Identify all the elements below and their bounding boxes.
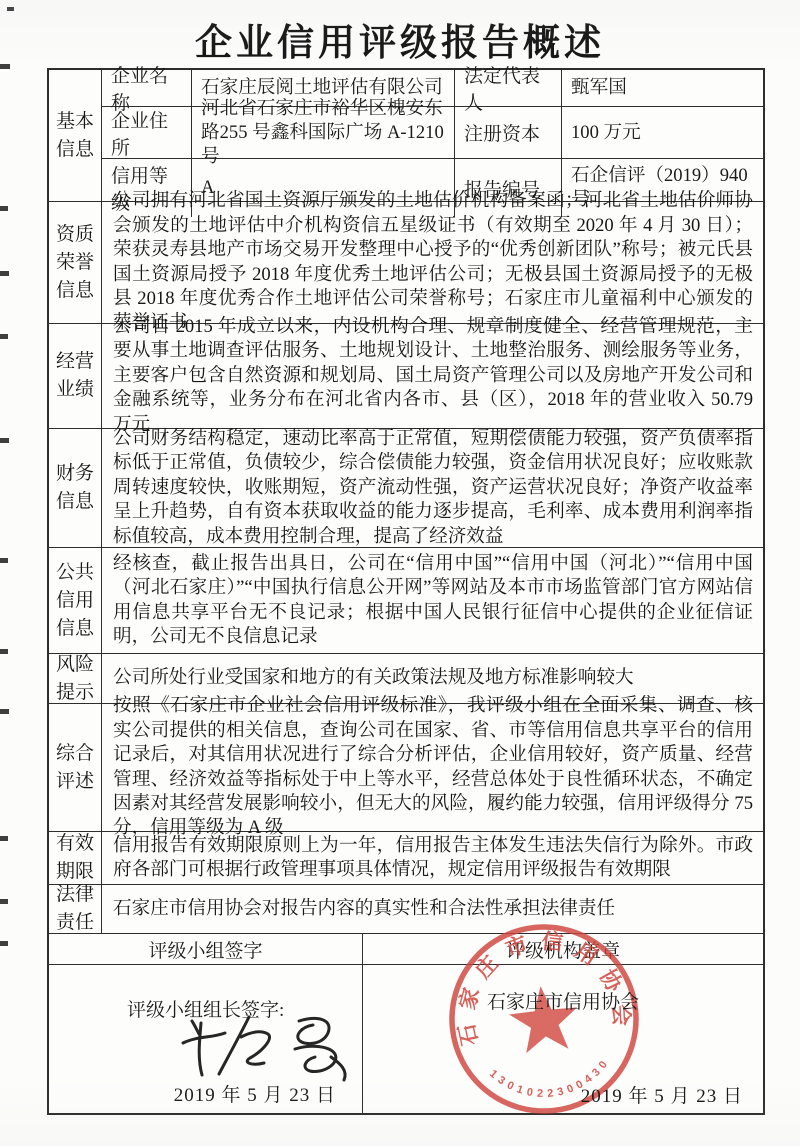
signature-team-header: 评级小组签字 xyxy=(49,934,363,964)
section-label: 经营业绩 xyxy=(49,324,102,428)
section-label: 有效期限 xyxy=(49,832,102,884)
section-public-credit-info: 公共信用信息 经核查，截止报告出具日，公司在“信用中国”“信用中国（河北）”“信… xyxy=(49,548,763,654)
section-content: 信用报告有效期限原则上为一年，信用报告主体发生违法失信行为除外。市政府各部门可根… xyxy=(113,834,753,883)
scan-artifact xyxy=(0,558,8,563)
section-label: 风险提示 xyxy=(49,654,102,703)
section-validity-period: 有效期限 信用报告有效期限原则上为一年，信用报告主体发生违法失信行为除外。市政府… xyxy=(49,832,763,885)
field-value-registered-capital: 100 万元 xyxy=(562,107,763,158)
field-label-legal-rep: 法定代表人 xyxy=(455,70,562,106)
field-label-company-name: 企业名称 xyxy=(102,70,192,106)
section-content: 公司自 2015 年成立以来，内设机构合理、规章制度健全、经营管理规范，主要从事… xyxy=(113,315,753,437)
section-label: 财务信息 xyxy=(49,429,102,547)
section-label-basic-info: 基本信息 xyxy=(49,70,102,201)
scan-artifact xyxy=(0,836,8,841)
table-row: 企业住所 河北省石家庄市裕华区槐安东路255 号鑫科国际广场 A-1210 号 … xyxy=(102,107,763,159)
credit-rating-report-page: 企业信用评级报告概述 基本信息 企业名称 石家庄辰阅土地评估有限公司 法定代表人… xyxy=(0,0,800,1146)
section-qualifications: 资质荣誉信息 公司拥有河北省国土资源厅颁发的土地估价机构备案函；河北省土地估价师… xyxy=(49,202,763,324)
section-content: 公司财务结构稳定，速动比率高于正常值，短期偿债能力较强，资产负债率指标低于正常值… xyxy=(113,427,753,549)
signature-body-row: 评级小组组长签字: 2019 年 5 月 23 日 xyxy=(49,965,763,1113)
section-content: 按照《石家庄市企业社会信用评级标准》，我评级小组在全面采集、调查、核实公司提供的… xyxy=(113,694,753,840)
report-table: 基本信息 企业名称 石家庄辰阅土地评估有限公司 法定代表人 甄军国 企业住所 河… xyxy=(47,68,765,1115)
field-value-address: 河北省石家庄市裕华区槐安东路255 号鑫科国际广场 A-1210 号 xyxy=(192,107,455,158)
section-label: 资质荣誉信息 xyxy=(49,202,102,323)
team-signature-cell: 评级小组组长签字: 2019 年 5 月 23 日 xyxy=(49,965,363,1113)
field-label-registered-capital: 注册资本 xyxy=(455,107,562,158)
section-comprehensive-review: 综合评述 按照《石家庄市企业社会信用评级标准》，我评级小组在全面采集、调查、核实… xyxy=(49,704,763,832)
page-title: 企业信用评级报告概述 xyxy=(0,12,800,66)
scan-artifact xyxy=(0,64,10,69)
handwritten-signature xyxy=(171,1007,371,1087)
section-content: 石家庄市信用协会对报告内容的真实性和合法性承担法律责任 xyxy=(113,897,753,921)
section-label: 公共信用信息 xyxy=(49,548,102,653)
section-financial-info: 财务信息 公司财务结构稳定，速动比率高于正常值，短期偿债能力较强，资产负债率指标… xyxy=(49,429,763,548)
section-label: 综合评述 xyxy=(49,704,102,831)
scan-artifact xyxy=(0,206,8,211)
section-content: 公司所处行业受国家和地方的有关政策法规及地方标准影响较大 xyxy=(113,666,753,690)
section-basic-info: 基本信息 企业名称 石家庄辰阅土地评估有限公司 法定代表人 甄军国 企业住所 河… xyxy=(49,70,763,202)
agency-seal-cell: 石家庄市信用协会 2019 年 5 月 23 日 xyxy=(363,965,763,1113)
scan-artifact xyxy=(0,941,8,946)
section-business-performance: 经营业绩 公司自 2015 年成立以来，内设机构合理、规章制度健全、经营管理规范… xyxy=(49,324,763,429)
agency-seal-date: 2019 年 5 月 23 日 xyxy=(581,1081,743,1108)
scan-artifact xyxy=(0,649,8,654)
section-content: 经核查，截止报告出具日，公司在“信用中国”“信用中国（河北）”“信用中国（河北石… xyxy=(113,552,753,650)
scan-artifact xyxy=(7,7,14,11)
section-legal-liability: 法律责任 石家庄市信用协会对报告内容的真实性和合法性承担法律责任 xyxy=(49,885,763,934)
scan-artifact xyxy=(0,438,9,443)
section-content: 公司拥有河北省国土资源厅颁发的土地估价机构备案函；河北省土地估价师协会颁发的土地… xyxy=(113,189,753,335)
field-label-address: 企业住所 xyxy=(102,107,192,158)
signature-header-row: 评级小组签字 评级机构盖章 xyxy=(49,934,763,965)
agency-seal-header: 评级机构盖章 xyxy=(363,934,763,964)
agency-name: 石家庄市信用协会 xyxy=(487,987,639,1014)
scan-artifact xyxy=(0,334,8,339)
scan-artifact xyxy=(0,271,9,276)
field-value-legal-rep: 甄军国 xyxy=(562,70,763,106)
section-label: 法律责任 xyxy=(49,885,102,933)
scan-artifact xyxy=(0,899,8,904)
scan-artifact xyxy=(0,709,9,714)
